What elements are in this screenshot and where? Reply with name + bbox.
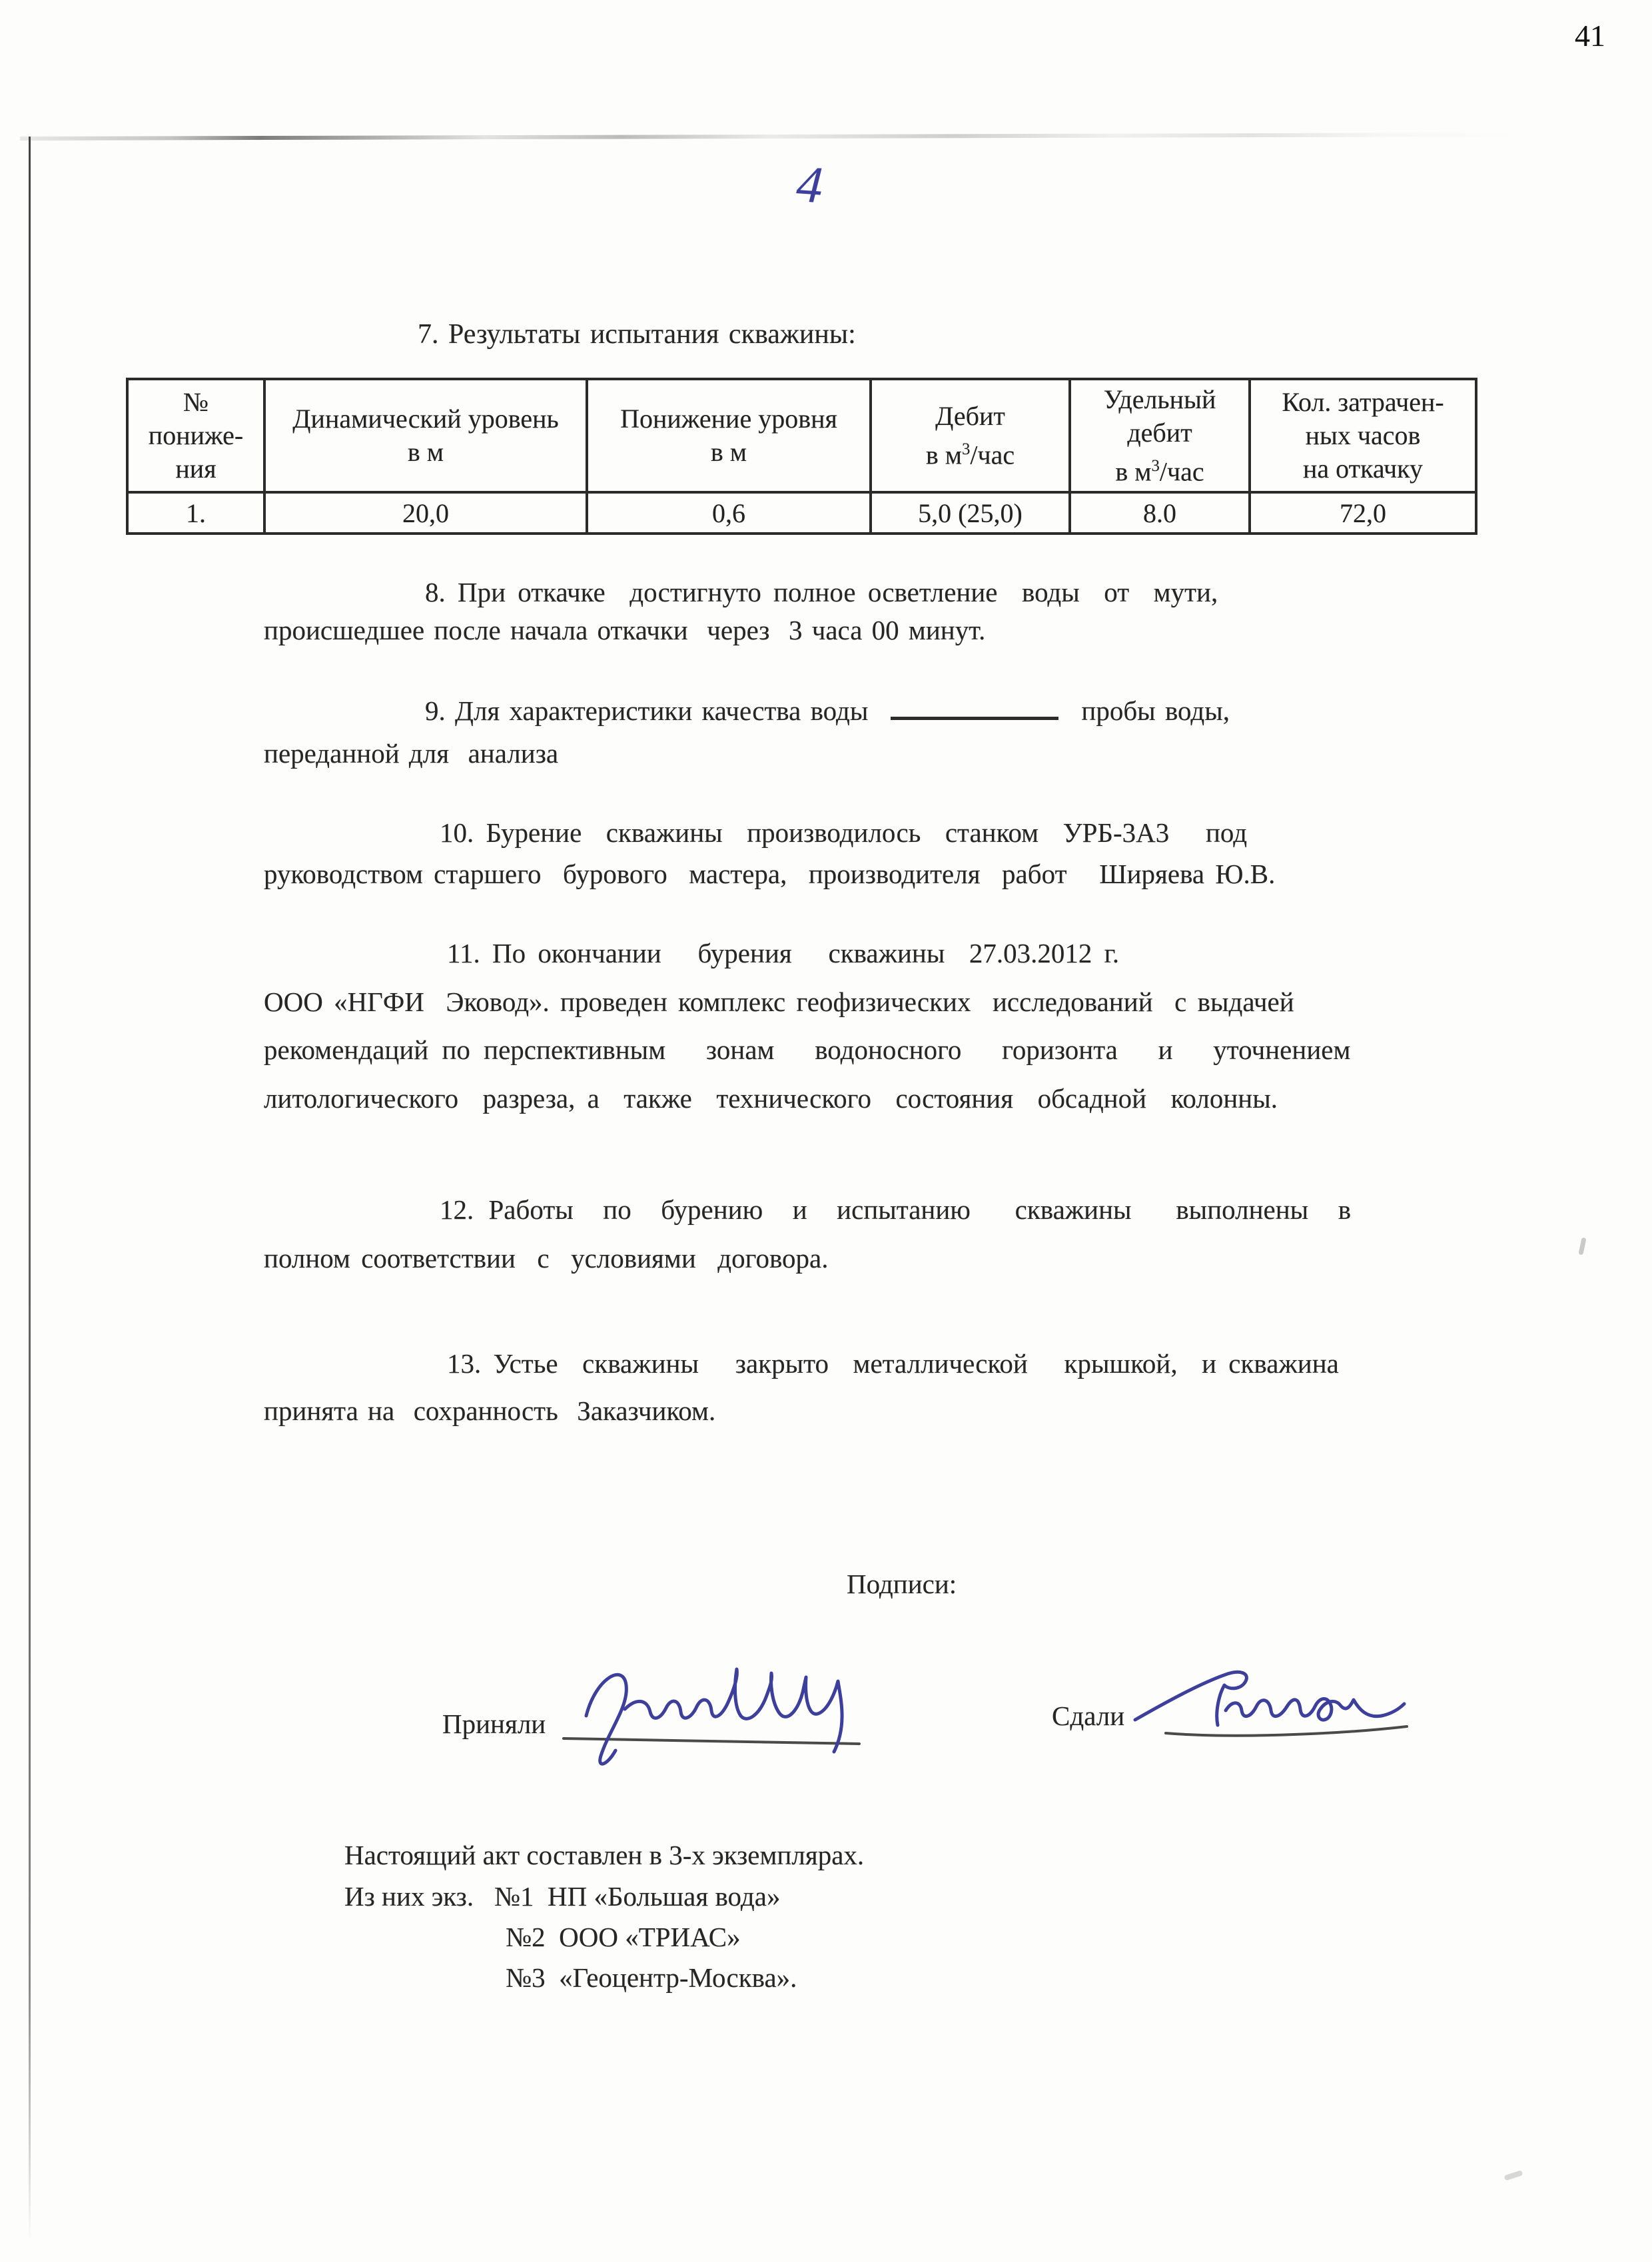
header-col-flow-rate: Дебит в м3/час <box>871 379 1070 492</box>
received-signature <box>558 1651 871 1780</box>
cell-dynamic-level: 20,0 <box>264 492 587 534</box>
cell-specific-flow-rate: 8.0 <box>1070 492 1250 534</box>
paragraph-11-line-4: литологического разреза, а также техниче… <box>264 1083 1278 1114</box>
received-signature-stroke <box>586 1675 626 1764</box>
scan-smudge-bottom <box>1503 2170 1523 2181</box>
header-col-dynamic-level: Динамический уровень в м <box>264 379 587 492</box>
table-data-row: 1. 20,0 0,6 5,0 (25,0) 8.0 72,0 <box>127 492 1476 534</box>
cell-level-drawdown: 0,6 <box>587 492 871 534</box>
handed-signature-stroke <box>1135 1672 1246 1725</box>
paragraph-13-line-1: 13. Устье скважины закрыто металлической… <box>447 1348 1339 1379</box>
scan-artifact-left-border <box>29 137 31 2241</box>
paragraph-8-line-1: 8. При откачке достигнуто полное осветле… <box>425 577 1218 608</box>
footer-line-copy-3: №3 «Геоцентр-Москва». <box>506 1962 797 1994</box>
blank-underline <box>891 710 1058 720</box>
paragraph-11-line-2: ООО «НГФИ Эковод». проведен комплекс гео… <box>264 986 1294 1018</box>
handed-label: Сдали <box>1052 1700 1124 1732</box>
paragraph-13-line-2: принята на сохранность Заказчиком. <box>264 1395 715 1427</box>
paragraph-9-line-1: 9. Для характеристики качества водыпробы… <box>425 695 1230 727</box>
header-col-drawdown-number: № пониже- ния <box>127 379 264 492</box>
cell-flow-rate: 5,0 (25,0) <box>871 492 1070 534</box>
header-col-hours-spent: Кол. затрачен- ных часов на откачку <box>1250 379 1476 492</box>
results-table: № пониже- ния Динамический уровень в м П… <box>126 378 1477 535</box>
footer-line-copies: Настоящий акт составлен в 3-х экземпляра… <box>344 1840 864 1871</box>
header-col-level-drawdown: Понижение уровня в м <box>587 379 871 492</box>
footer-line-copy-2: №2 ООО «ТРИАС» <box>506 1922 741 1953</box>
received-label: Приняли <box>442 1708 546 1740</box>
paragraph-12-line-1: 12. Работы по бурению и испытанию скважи… <box>440 1194 1351 1226</box>
paragraph-10-line-1: 10. Бурение скважины производилось станк… <box>440 817 1247 849</box>
handed-signature <box>1124 1656 1418 1756</box>
paragraph-9-line-2: переданной для анализа <box>264 738 558 769</box>
document-page: 41 4 7. Результаты испытания скважины: №… <box>0 0 1652 2262</box>
signatures-heading: Подписи: <box>847 1569 957 1600</box>
handwritten-page-mark: 4 <box>795 154 825 216</box>
table-header-row: № пониже- ния Динамический уровень в м П… <box>127 379 1476 492</box>
paragraph-11-line-1: 11. По окончании бурения скважины 27.03.… <box>447 938 1119 969</box>
paragraph-12-line-2: полном соответствии с условиями договора… <box>264 1243 828 1274</box>
paragraph-10-line-2: руководством старшего бурового мастера, … <box>264 859 1275 890</box>
paragraph-8-line-2: происшедшее после начала откачки через 3… <box>264 615 985 646</box>
header-col-specific-flow-rate: Удельный дебит в м3/час <box>1070 379 1250 492</box>
scan-artifact-top-line <box>20 133 1519 141</box>
handed-signature-stroke <box>1226 1698 1404 1720</box>
section-7-heading: 7. Результаты испытания скважины: <box>418 318 856 350</box>
page-number: 41 <box>1575 19 1605 54</box>
cell-drawdown-number: 1. <box>127 492 264 534</box>
handed-signature-underline <box>1166 1726 1407 1736</box>
footer-line-copy-1: Из них экз. №1 НП «Большая вода» <box>344 1881 780 1912</box>
cell-hours-spent: 72,0 <box>1250 492 1476 534</box>
scan-smudge-right <box>1578 1238 1586 1256</box>
paragraph-11-line-3: рекомендаций по перспективным зонам водо… <box>264 1034 1350 1066</box>
